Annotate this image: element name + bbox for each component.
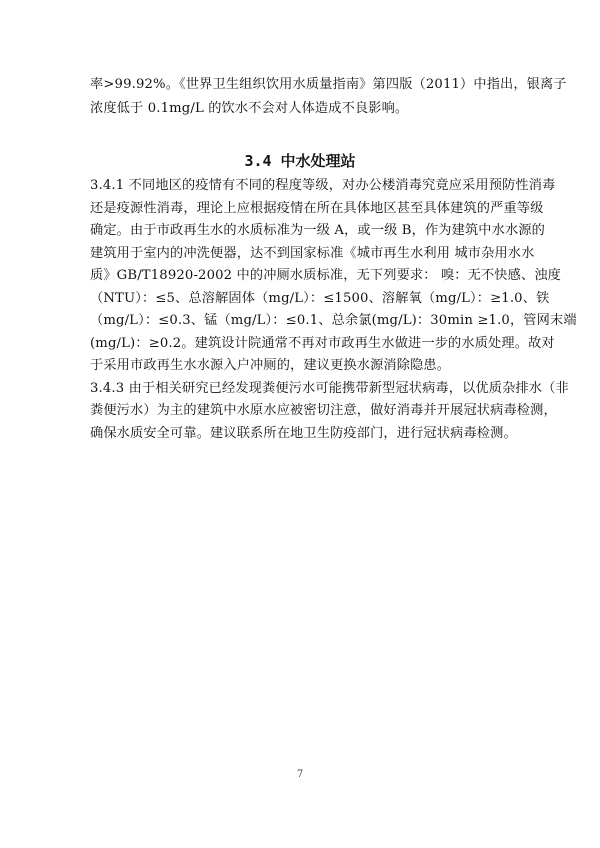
document-page: 率>99.92%。《世界卫生组织饮用水质量指南》第四版（2011）中指出，银离子… xyxy=(0,0,600,848)
para-343-line-3: 确保水质安全可靠。建议联系所在地卫生防疫部门，进行冠状病毒检测。 xyxy=(90,425,516,443)
para-341-line-6: （NTU）：≤5、总溶解固体（mg/L）：≤1500、溶解氧（mg/L）：≥1.… xyxy=(90,290,516,308)
para-341-line-9: 于采用市政再生水水源入户冲厕的，建议更换水源消除隐患。 xyxy=(90,357,516,375)
para-341-line-4: 建筑用于室内的冲洗便器，达不到国家标准《城市再生水利用 城市杂用水水 xyxy=(90,245,516,263)
intro-line-2: 浓度低于 0.1mg/L 的饮水不会对人体造成不良影响。 xyxy=(90,100,516,118)
section-heading: 3.4 中水处理站 xyxy=(0,151,600,171)
intro-line-1: 率>99.92%。《世界卫生组织饮用水质量指南》第四版（2011）中指出，银离子 xyxy=(90,76,516,94)
para-341-line-5: 质》GB/T18920-2002 中的冲厕水质标准，无下列要求： 嗅：无不快感、… xyxy=(90,267,516,285)
para-341-line-8: (mg/L)：≥0.2。建筑设计院通常不再对市政再生水做进一步的水质处理。故对 xyxy=(90,335,516,353)
para-343-line-1: 3.4.3 由于相关研究已经发现粪便污水可能携带新型冠状病毒，以优质杂排水（非 xyxy=(90,380,516,398)
para-341-line-1: 3.4.1 不同地区的疫情有不同的程度等级，对办公楼消毒究竟应采用预防性消毒 xyxy=(90,177,516,195)
para-341-line-2: 还是疫源性消毒，理论上应根据疫情在所在具体地区甚至具体建筑的严重等级 xyxy=(90,200,516,218)
para-343-line-2: 粪便污水）为主的建筑中水原水应被密切注意，做好消毒并开展冠状病毒检测， xyxy=(90,402,516,420)
para-341-line-7: （mg/L）：≤0.3、锰（mg/L）：≤0.1、总余氯(mg/L)：30min… xyxy=(90,312,516,330)
para-341-line-3: 确定。由于市政再生水的水质标准为一级 A，或一级 B，作为建筑中水水源的 xyxy=(90,222,516,240)
page-number: 7 xyxy=(0,769,600,780)
